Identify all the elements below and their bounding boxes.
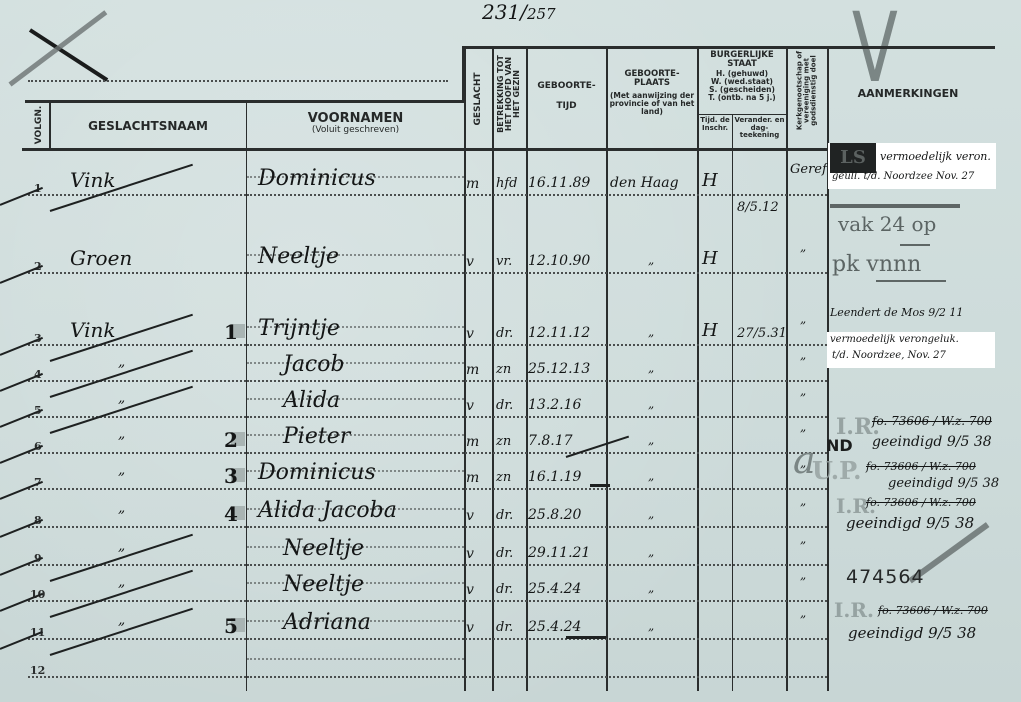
header-voornamen: VOORNAMEN (Voluit geschreven) <box>247 112 464 136</box>
remark-r11-struck: fo. 73606 / W.z. 700 <box>878 604 988 617</box>
header-top-border <box>25 100 465 103</box>
row-church: „ <box>800 312 806 326</box>
row-dotted-line <box>28 344 246 346</box>
remark-r1-line2: geull. t/d. Noordzee Nov. 27 <box>832 171 974 182</box>
row-given-names: Neeltje <box>283 572 364 597</box>
col-line-geslacht <box>492 46 494 691</box>
row-dotted-line <box>465 564 827 566</box>
remark-r1b: vak 24 op <box>838 212 936 236</box>
row-birth-place: „ <box>648 619 654 633</box>
header-volgn: VOLGN. <box>34 105 44 145</box>
row-dotted-line <box>247 380 464 382</box>
remark-stamp-up: U.P. <box>812 456 862 485</box>
row-given-names: Adriana <box>283 610 371 635</box>
row-dotted-line <box>465 526 827 528</box>
row-sex: v <box>466 254 474 270</box>
row-dotted-line <box>28 452 246 454</box>
deregistration-mark <box>0 373 43 392</box>
remark-r6-struck: fo. 73606 / W.z. 700 <box>872 414 992 428</box>
header-geboorteplaats: GEBOORTE- PLAATS (Met aanwijzing der pro… <box>607 70 697 116</box>
remark-underline-1 <box>900 244 930 246</box>
row-sex: v <box>466 546 474 562</box>
row-relation: dr. <box>496 582 513 597</box>
deregistration-mark <box>0 337 43 356</box>
col-line-tijd-inschr <box>732 115 733 691</box>
row-dotted-line <box>465 380 827 382</box>
header-geboortetijd-2: TIJD <box>527 102 606 112</box>
row-dotted-line <box>247 526 464 528</box>
row-birth-date: 13.2.16 <box>528 397 581 413</box>
row-given-names: Neeltje <box>283 536 364 561</box>
file-number: 231/257 <box>482 0 556 24</box>
row-birth-date: 25.4.24 <box>528 619 581 635</box>
col-line-burgerlijke-staat <box>786 46 788 691</box>
row-dotted-line <box>28 600 246 602</box>
row-church: „ <box>800 348 806 362</box>
deregistration-mark <box>0 481 43 500</box>
row-relation: zn <box>496 362 511 377</box>
birth-date-underline <box>590 484 610 487</box>
deregistration-mark <box>0 593 43 612</box>
row-dotted-line <box>247 638 464 640</box>
row-church: „ <box>800 384 806 398</box>
row-birth-place: „ <box>648 361 654 375</box>
row-child-number: 1 <box>224 320 238 344</box>
row-church: „ <box>800 606 806 620</box>
row-dotted-line <box>247 488 464 490</box>
row-dotted-line <box>247 658 464 660</box>
deregistration-mark <box>0 631 43 650</box>
row-given-names: Neeltje <box>258 244 339 269</box>
header-tijd-inschr: Tijd. de Inschr. <box>698 117 732 132</box>
row-dotted-line <box>465 638 827 640</box>
corner-x-mark-2 <box>8 10 107 86</box>
row-birth-date: 25.12.13 <box>528 361 590 377</box>
col-line-geboortetijd <box>606 46 608 691</box>
row-relation: zn <box>496 434 511 449</box>
row-surname: „ <box>118 574 125 590</box>
row-dotted-line <box>28 638 246 640</box>
deregistration-mark <box>0 187 43 206</box>
row-child-number: 4 <box>224 502 238 526</box>
row-dotted-line <box>465 452 827 454</box>
row-surname: Vink <box>70 168 116 192</box>
row-church: „ <box>800 240 806 254</box>
header-voornamen-sub: (Voluit geschreven) <box>247 126 464 136</box>
row-birth-place: „ <box>648 397 654 411</box>
remark-r7-text: geeindigd 9/5 38 <box>888 476 999 491</box>
deregistration-mark <box>0 409 43 428</box>
remark-stamp-ir-3: I.R. <box>834 598 874 622</box>
header-verandering: Verander. en dag-teekening <box>733 117 786 140</box>
row-dotted-line <box>465 488 827 490</box>
row-birth-date: 25.8.20 <box>528 507 581 523</box>
row-sex: v <box>466 398 474 414</box>
remark-r6-text: geeindigd 9/5 38 <box>872 434 992 450</box>
header-top-border-right <box>462 46 995 49</box>
row-dotted-line <box>28 416 246 418</box>
row-relation: vr. <box>496 254 512 269</box>
row-birth-date: 12.10.90 <box>528 253 590 269</box>
row-surname: „ <box>118 538 125 554</box>
row-church: Geref <box>790 162 827 177</box>
row-dotted-line <box>465 600 827 602</box>
row-relation: dr. <box>496 620 513 635</box>
row-dotted-line <box>28 380 246 382</box>
header-aanmerkingen: AANMERKINGEN <box>828 88 988 100</box>
row-birth-place: „ <box>648 433 654 447</box>
row-sex: m <box>466 470 479 486</box>
row-child-number: 3 <box>224 464 238 488</box>
row-status-change: 27/5.31 <box>737 326 787 341</box>
row-birth-date: 16.11.89 <box>528 175 590 191</box>
row-dotted-line <box>247 434 464 436</box>
row-relation: dr. <box>496 398 513 413</box>
header-voornamen-title: VOORNAMEN <box>247 112 464 126</box>
row-surname: „ <box>118 612 125 628</box>
row-civil-status: H <box>702 320 718 341</box>
remark-r6-nd: ND <box>826 436 853 455</box>
row-dotted-line <box>247 272 464 274</box>
row-dotted-line <box>247 194 464 196</box>
remark-number-stamp: 474564 <box>846 566 925 588</box>
row-dotted-line <box>28 676 246 678</box>
row-status-change: 8/5.12 <box>737 200 779 215</box>
row-birth-place: „ <box>648 507 654 521</box>
remark-r3: Leendert de Mos 9/2 11 <box>830 306 963 319</box>
header-burgerlijke-staat: BURGERLIJKE STAAT H. (gehuwd) W. (wed.st… <box>698 51 786 103</box>
row-civil-status: H <box>702 170 718 191</box>
row-relation: zn <box>496 470 511 485</box>
birth-date-underline <box>566 636 606 639</box>
row-dotted-line <box>247 362 464 364</box>
row-given-names: Dominicus <box>258 460 376 485</box>
row-number: 12 <box>30 664 45 677</box>
row-civil-status: H <box>702 248 718 269</box>
row-sex: v <box>466 582 474 598</box>
remark-strike-pencil <box>830 204 960 208</box>
row-sex: v <box>466 326 474 342</box>
row-sex: v <box>466 508 474 524</box>
row-birth-place: „ <box>648 325 654 339</box>
row-relation: dr. <box>496 326 513 341</box>
row-dotted-line <box>247 398 464 400</box>
row-surname: „ <box>118 390 125 406</box>
row-dotted-line <box>247 676 464 678</box>
row-birth-date: 7.8.17 <box>528 433 573 449</box>
row-child-number: 5 <box>224 614 238 638</box>
row-church: „ <box>800 494 806 508</box>
row-birth-place: „ <box>648 581 654 595</box>
row-given-names: Pieter <box>283 424 350 449</box>
row-dotted-line <box>465 416 827 418</box>
row-relation: hfd <box>496 176 518 191</box>
row-given-names: Jacob <box>283 352 345 377</box>
remark-r11-text: geeindigd 9/5 38 <box>848 624 976 642</box>
remark-stamp-ls: LS <box>830 143 876 173</box>
col-line-geslachtsnaam <box>246 101 247 691</box>
row-birth-place: „ <box>648 253 654 267</box>
row-dotted-line <box>247 416 464 418</box>
row-surname: „ <box>118 500 125 516</box>
row-church: „ <box>800 568 806 582</box>
row-given-names: Trijntje <box>258 316 340 341</box>
bs-subheader-line <box>698 114 786 115</box>
row-sex: m <box>466 176 479 192</box>
remark-r3-label1: vermoedelijk verongeluk. <box>830 334 959 345</box>
row-birth-date: 12.11.12 <box>528 325 590 341</box>
header-geslachtsnaam: GESLACHTSNAAM <box>50 120 246 133</box>
row-birth-place: „ <box>648 469 654 483</box>
row-birth-place: den Haag <box>610 175 679 191</box>
row-birth-place: „ <box>648 545 654 559</box>
registry-card: 231/257 V VOLGN. GESLACHTSNAAM VOORNAMEN… <box>0 0 1021 702</box>
row-dotted-line <box>28 194 246 196</box>
row-dotted-line <box>247 564 464 566</box>
pencil-a-mark: a <box>793 438 816 482</box>
header-geboorteplaats-sub: (Met aanwijzing der provincie of van het… <box>607 92 697 117</box>
row-dotted-line <box>465 194 827 196</box>
remark-r2: pk vnnn <box>832 252 921 277</box>
remark-underline-2 <box>876 280 946 282</box>
row-dotted-line <box>28 526 246 528</box>
row-sex: m <box>466 362 479 378</box>
top-dotted-line <box>28 80 448 82</box>
row-church: „ <box>800 420 806 434</box>
remark-r8-struck: fo. 73606 / W.z. 700 <box>866 496 976 509</box>
header-geslacht: GESLACHT <box>473 68 483 130</box>
row-sex: m <box>466 434 479 450</box>
row-surname: „ <box>118 426 125 442</box>
remark-r8-text: geeindigd 9/5 38 <box>846 514 974 532</box>
row-given-names: Alida Jacoba <box>258 498 397 523</box>
row-surname: Vink <box>70 318 116 342</box>
header-geboortetijd: GEBOORTE- TIJD <box>527 82 606 112</box>
row-dotted-line <box>28 488 246 490</box>
remark-r7-struck: fo. 73606 / W.z. 700 <box>866 460 976 473</box>
row-dotted-line <box>465 272 827 274</box>
row-dotted-line <box>465 344 827 346</box>
row-birth-date: 29.11.21 <box>528 545 590 561</box>
header-geboorteplaats-2: PLAATS <box>607 79 697 88</box>
row-dotted-line <box>247 344 464 346</box>
row-surname: Groen <box>70 246 132 270</box>
row-dotted-line <box>28 564 246 566</box>
row-dotted-line <box>247 600 464 602</box>
row-given-names: Alida <box>283 388 340 413</box>
deregistration-mark <box>0 519 43 538</box>
header-bs-t: T. (ontb. na 5 j.) <box>698 94 786 102</box>
row-dotted-line <box>247 452 464 454</box>
deregistration-mark <box>0 265 43 284</box>
row-given-names: Dominicus <box>258 166 376 191</box>
row-surname: „ <box>118 462 125 478</box>
remark-r1-line1: vermoedelijk veron. <box>880 150 991 163</box>
row-child-number: 2 <box>224 428 238 452</box>
row-dotted-line <box>28 272 246 274</box>
deregistration-mark <box>0 557 43 576</box>
header-kerkgenootschap: Kerkgenootschap of vereeniging met godsd… <box>797 41 818 141</box>
col-line-geboorteplaats <box>697 46 699 691</box>
row-dotted-line <box>465 676 827 678</box>
row-birth-date: 25.4.24 <box>528 581 581 597</box>
remark-r3-label2: t/d. Noordzee, Nov. 27 <box>832 350 946 361</box>
row-relation: dr. <box>496 508 513 523</box>
deregistration-mark <box>0 445 43 464</box>
row-relation: dr. <box>496 546 513 561</box>
row-church: „ <box>800 532 806 546</box>
header-betrekking: BETREKKING TOT HET HOOFD VAN HET GEZIN <box>497 53 521 135</box>
row-sex: v <box>466 620 474 636</box>
header-geboortetijd-1: GEBOORTE- <box>527 82 606 92</box>
row-surname: „ <box>118 354 125 370</box>
birth-date-strike <box>566 436 629 458</box>
row-birth-date: 16.1.19 <box>528 469 581 485</box>
